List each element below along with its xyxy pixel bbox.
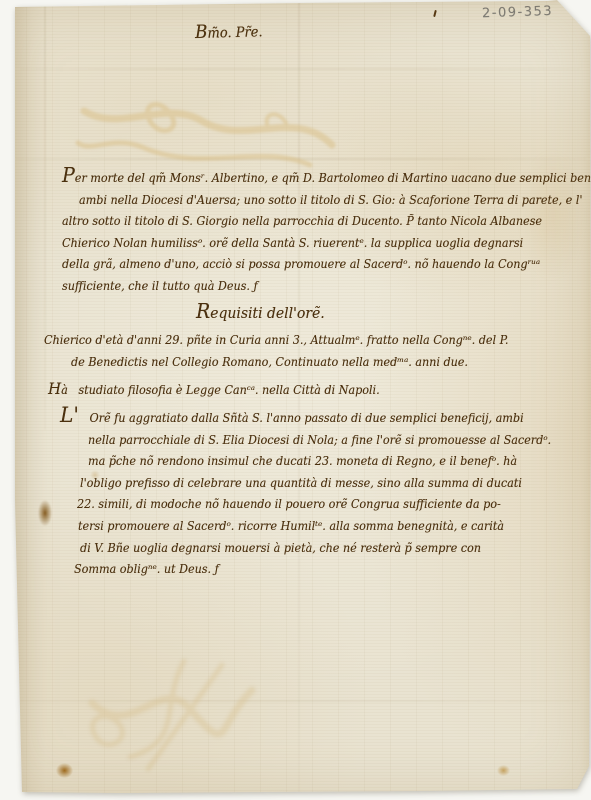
petition-line: Chierico Nolan humilissᵒ. orẽ della Sant… (62, 233, 591, 255)
petition-line: della grã, almeno d'uno, acciò si possa … (62, 254, 591, 276)
archival-number-pencil: 2-09-353 (482, 4, 553, 21)
grace-line: l'obligo prefisso di celebrare una quant… (80, 473, 551, 495)
stray-ink-mark (433, 10, 437, 17)
studies-line: Hà studiato filosofia è Legge Canᶜᵃ. nel… (48, 378, 380, 402)
petition-line: ambi nella Diocesi d'Auersa; uno sotto i… (79, 190, 591, 212)
requisiti-paragraph: Chierico d'età d'anni 29. pñte in Curia … (44, 330, 543, 373)
grace-paragraph: L' Orẽ fu aggratiato dalla Sñtà S. l'ann… (60, 405, 586, 581)
grace-line: Somma obligⁿᵉ. ut Deus. ƒ (74, 559, 550, 581)
paper-sheet: 2-09-353 Bm̃o. Pr̃e. Per morte del qm̃ M… (0, 0, 591, 800)
petition-line: Per morte del qm̃ Monsʳ. Albertino, e qm… (62, 165, 591, 190)
paper-sheet-wrap: 2-09-353 Bm̃o. Pr̃e. Per morte del qm̃ M… (0, 0, 591, 800)
grace-line: L' Orẽ fu aggratiato dalla Sñtà S. l'ann… (60, 405, 549, 430)
requisiti-line: de Benedictis nel Collegio Romano, Conti… (71, 352, 510, 374)
grace-line: ma p̃che nõ rendono insimul che ducati 2… (88, 451, 551, 473)
stain-bottom-right (497, 765, 510, 776)
salutation-block: Bm̃o. Pr̃e. (195, 20, 268, 45)
stain-bottom-left (56, 763, 73, 778)
requisiti-line: Chierico d'età d'anni 29. pñte in Curia … (44, 330, 508, 352)
bleedthrough-ink-bottom (45, 645, 280, 785)
grace-line: 22. simili, di modoche nõ hauendo il pou… (77, 494, 550, 516)
petition-paragraph: Per morte del qm̃ Monsʳ. Albertino, e qm… (62, 165, 591, 298)
grace-line: di V. Bñe uoglia degnarsi mouersi à piet… (80, 538, 551, 560)
salutation-text: Bm̃o. Pr̃e. (195, 20, 263, 45)
grace-line: tersi promouere al Sacerdᵒ. ricorre Humi… (78, 516, 550, 538)
binding-gutter-shadow (14, 0, 46, 800)
petition-line: sufficiente, che il tutto quà Deus. ƒ (62, 276, 591, 298)
horizontal-crease-top (20, 68, 580, 70)
horizontal-crease-upper (16, 158, 586, 160)
grace-line: nella parrocchiale di S. Elia Diocesi di… (88, 430, 551, 452)
petition-line: altro sotto il titolo di S. Giorgio nell… (62, 211, 591, 233)
requisiti-heading-block: Requisiti dell'orẽ. (196, 299, 334, 325)
scanned-manuscript-page: 2-09-353 Bm̃o. Pr̃e. Per morte del qm̃ M… (0, 0, 591, 800)
requisiti-heading: Requisiti dell'orẽ. (196, 299, 325, 325)
studies-paragraph: Hà studiato filosofia è Legge Canᶜᵃ. nel… (48, 378, 405, 402)
horizontal-crease-bottom (20, 700, 580, 702)
